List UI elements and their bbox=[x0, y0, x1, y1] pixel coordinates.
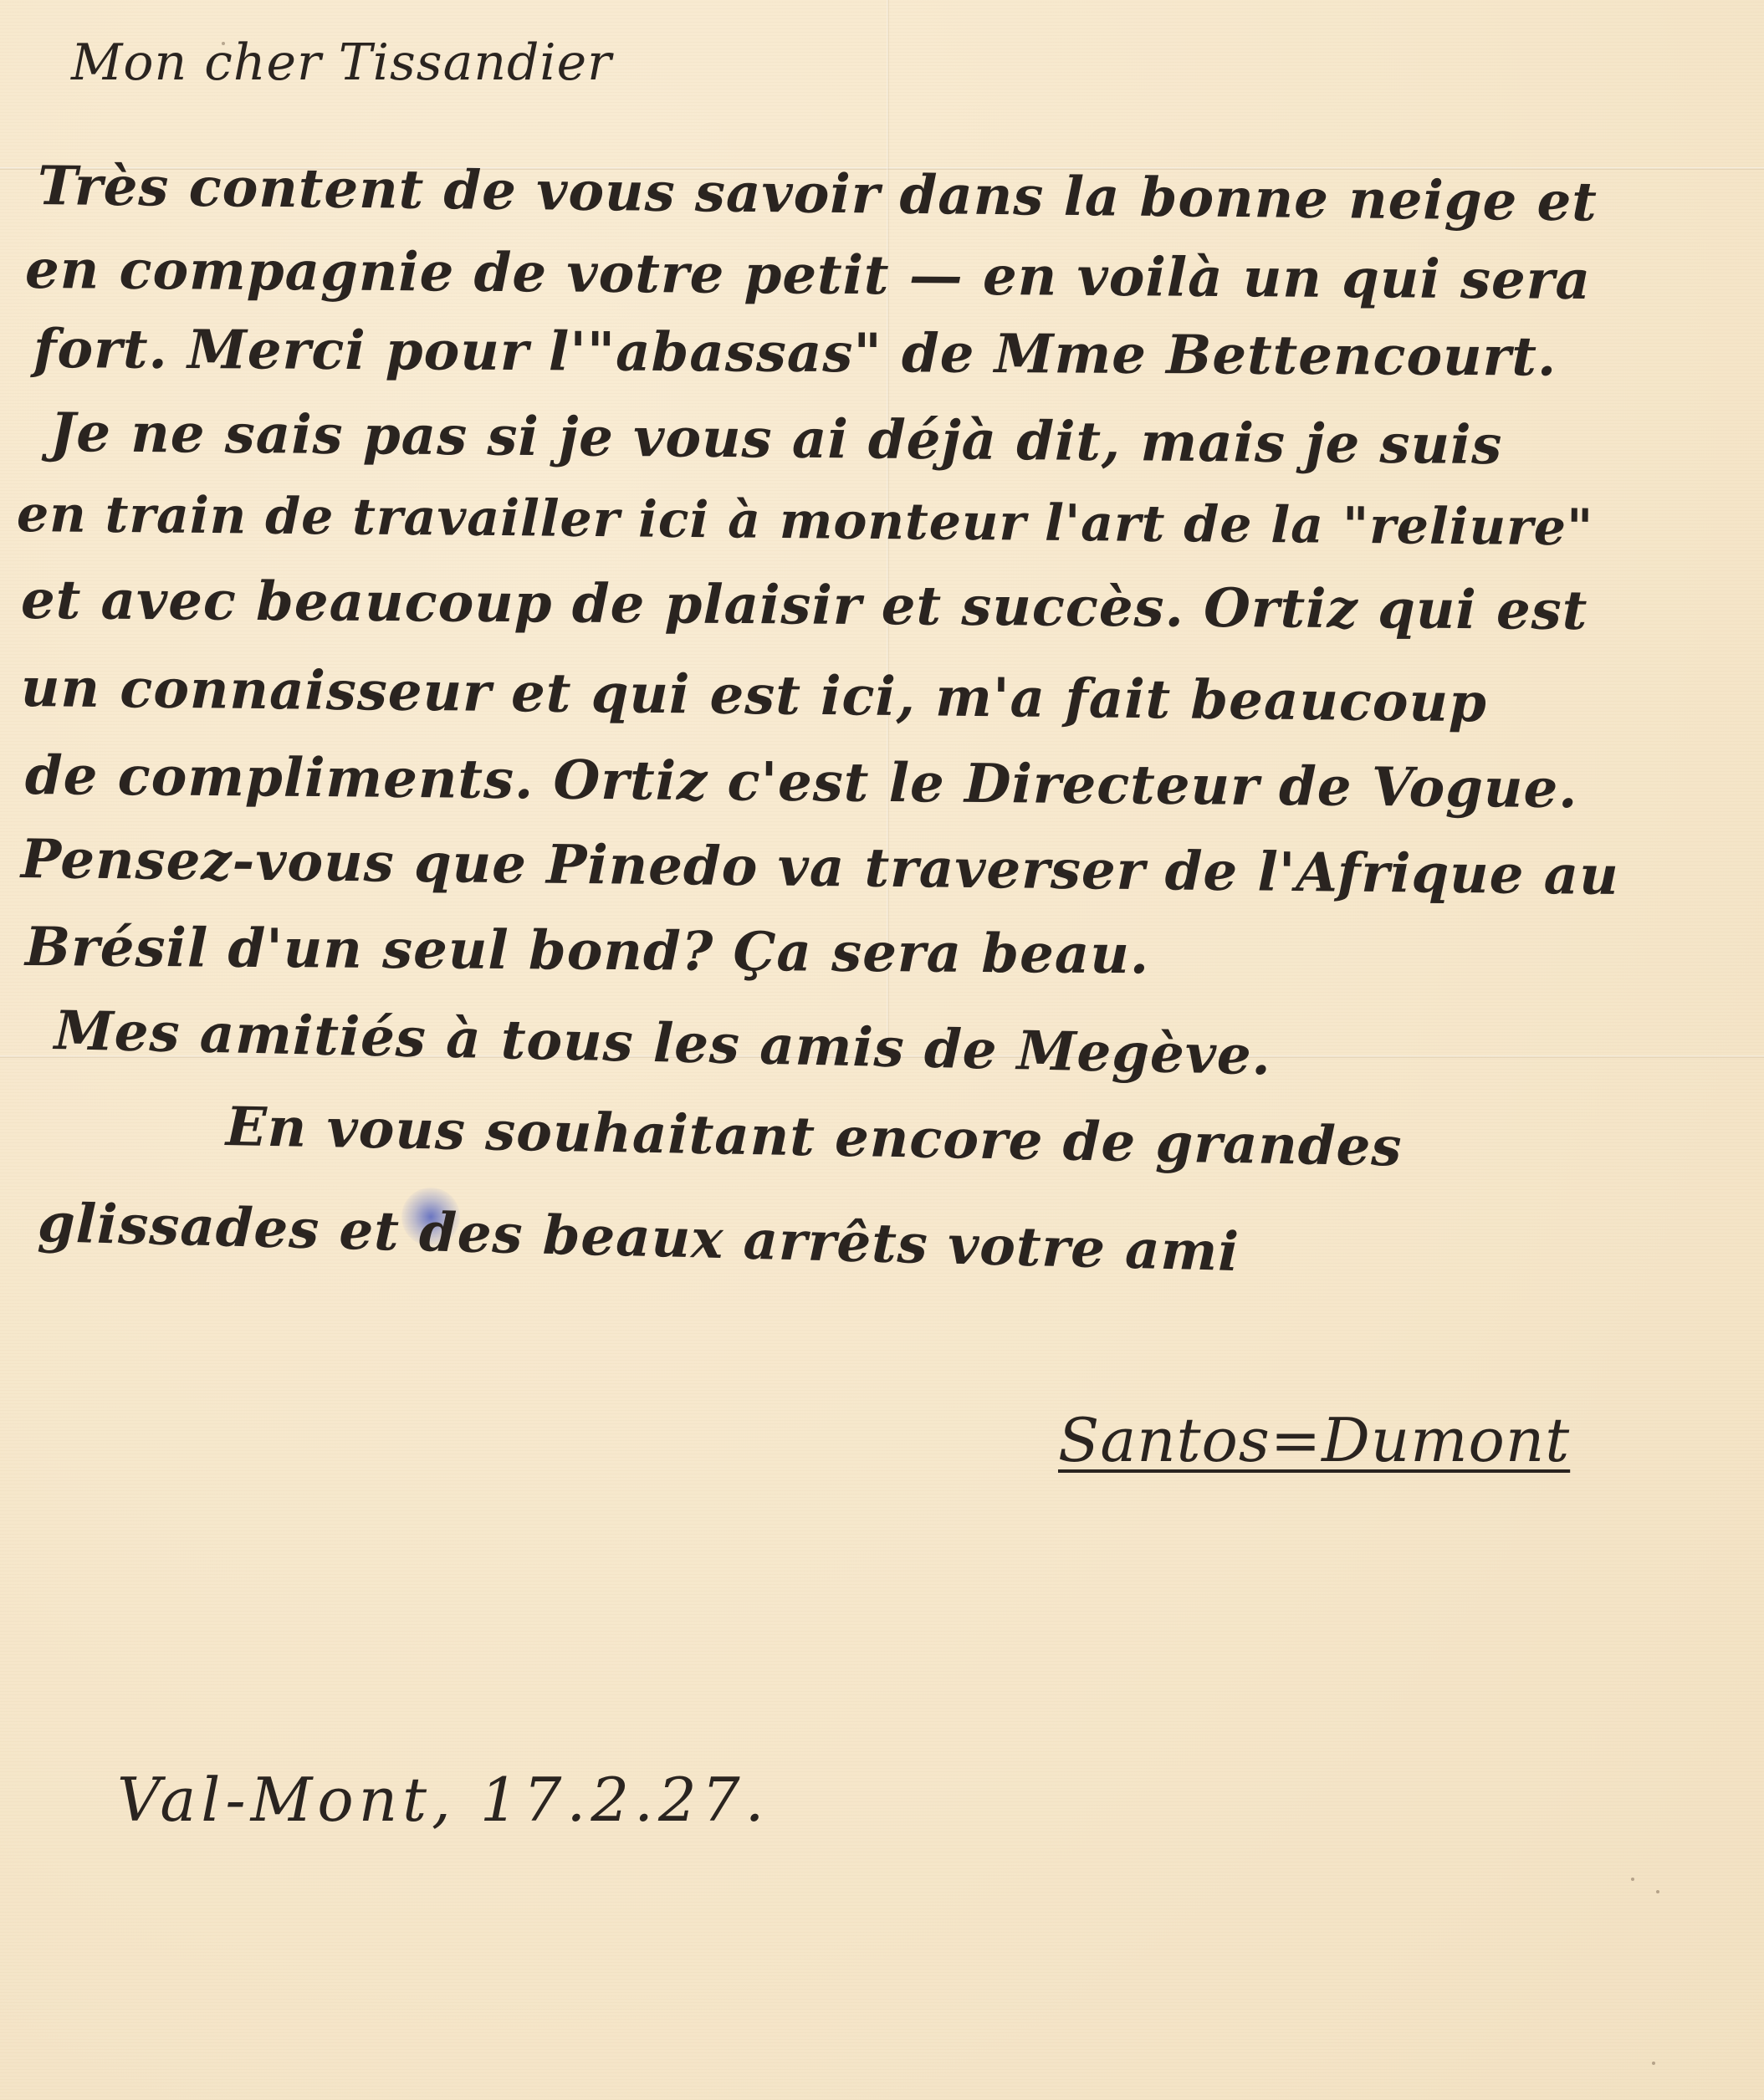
paper-speck bbox=[1652, 2062, 1655, 2065]
signature: Santos=Dumont bbox=[1058, 1405, 1570, 1475]
place-and-date: Val-Mont, 17.2.27. bbox=[117, 1765, 770, 1835]
body-line: en compagnie de votre petit — en voilà u… bbox=[25, 238, 1592, 312]
body-line: et avec beaucoup de plaisir et succès. O… bbox=[21, 569, 1588, 642]
body-line: en train de travailler ici à monteur l'a… bbox=[17, 485, 1594, 557]
body-line: de compliments. Ortiz c'est le Directeur… bbox=[25, 744, 1578, 820]
letter-sheet: Mon cher Tissandier Très content de vous… bbox=[0, 0, 1764, 2100]
body-line: fort. Merci pour l'"abassas" de Mme Bett… bbox=[33, 318, 1557, 389]
body-line: glissades et des beaux arrêts votre ami bbox=[37, 1192, 1240, 1284]
body-line: Je ne sais pas si je vous ai déjà dit, m… bbox=[50, 401, 1503, 477]
salutation: Mon cher Tissandier bbox=[71, 33, 612, 92]
paper-speck bbox=[1656, 1890, 1659, 1893]
paper-speck bbox=[1631, 1878, 1634, 1881]
body-line: un connaisseur et qui est ici, m'a fait … bbox=[21, 657, 1488, 734]
body-line: Mes amitiés à tous les amis de Megève. bbox=[54, 999, 1272, 1087]
body-line: Pensez-vous que Pinedo va traverser de l… bbox=[21, 828, 1619, 907]
body-line: En vous souhaitant encore de grandes bbox=[225, 1096, 1403, 1179]
body-line: Brésil d'un seul bond? Ça sera beau. bbox=[25, 916, 1150, 986]
